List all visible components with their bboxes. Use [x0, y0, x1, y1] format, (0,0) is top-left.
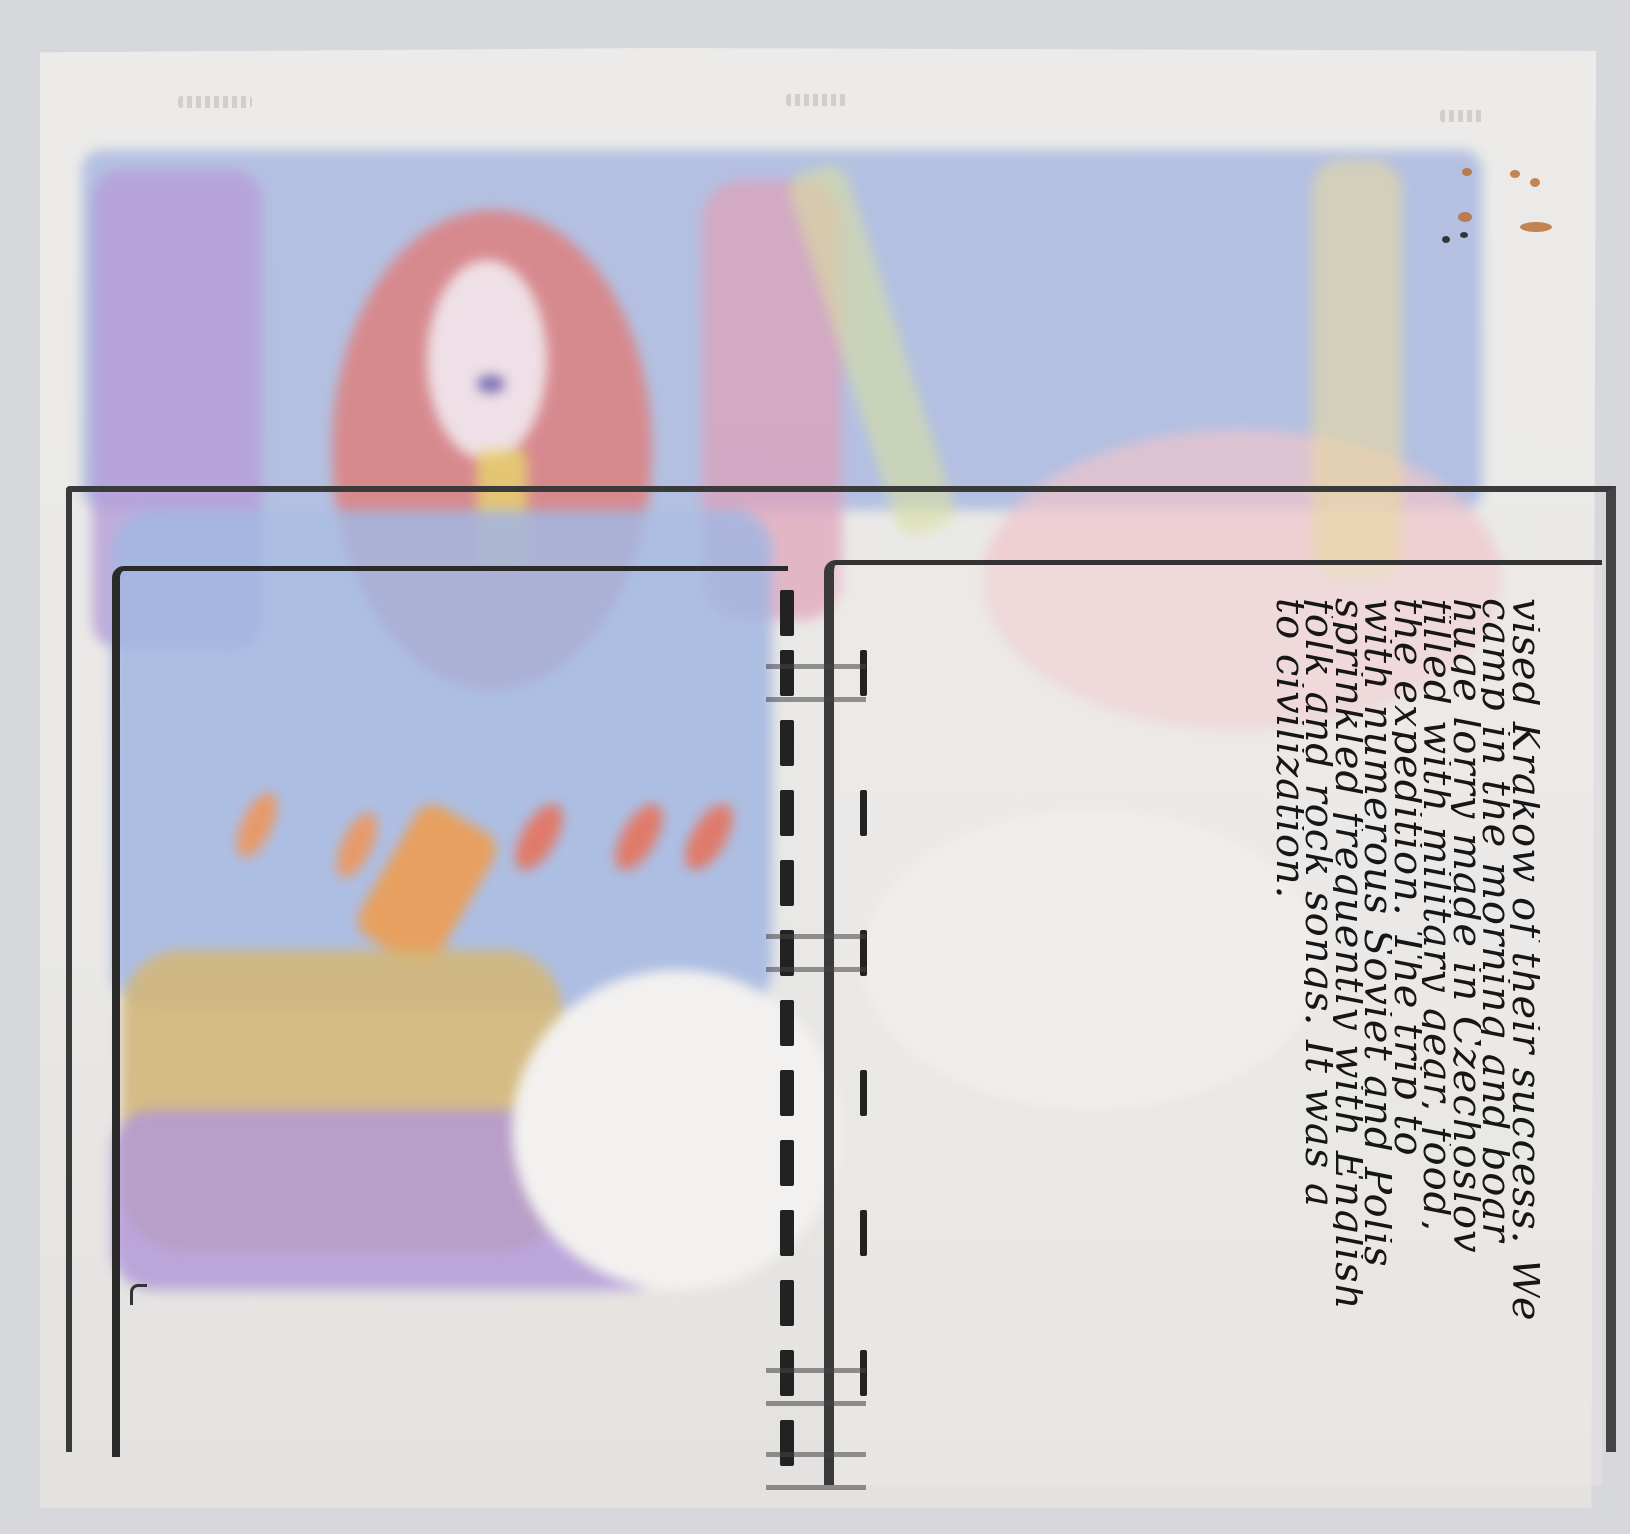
notebook-left-page [112, 566, 788, 1457]
spiral-loop [766, 664, 866, 702]
embossed-mark-right [1440, 110, 1484, 122]
spiral-coil [780, 1000, 794, 1046]
mouth [477, 375, 505, 393]
ink-dot [1460, 232, 1468, 238]
handwritten-text: vised Krakow of their success. We camp i… [1275, 598, 1541, 1478]
handwriting-line: camp in the morning and boar [1481, 598, 1511, 1478]
handwriting-line: filled with military gear, food, [1422, 598, 1452, 1478]
embossed-mark-left [178, 96, 252, 108]
spiral-coil [780, 1140, 794, 1186]
spiral-coil [780, 1280, 794, 1326]
page-corner-mark [130, 1284, 147, 1305]
rust-stain [1462, 168, 1472, 176]
spiral-coil [780, 590, 794, 636]
ink-dot [1442, 236, 1450, 243]
handwriting-line: with numerous Soviet and Polis [1363, 598, 1393, 1478]
rust-stain [1530, 178, 1540, 187]
embossed-mark-center [786, 94, 846, 106]
spiral-coil [860, 1070, 867, 1116]
spiral-coil [780, 1070, 794, 1116]
handwriting-line: sprinkled frequently with English [1334, 598, 1364, 1478]
rust-stain [1520, 222, 1552, 232]
spiral-coil [780, 1210, 794, 1256]
rust-stain [1510, 170, 1520, 178]
spiral-coil [860, 1210, 867, 1256]
handwriting-line: vised Krakow of their success. We [1511, 598, 1541, 1478]
spiral-coil [780, 860, 794, 906]
spiral-loop [766, 1368, 866, 1406]
spiral-coil [860, 790, 867, 836]
spiral-binding-right [860, 590, 878, 1490]
spiral-coil [780, 790, 794, 836]
handwriting-line: to civilization. [1275, 598, 1305, 1478]
spiral-coil [780, 720, 794, 766]
handwriting-line: huge lorry made in Czechoslov [1452, 598, 1482, 1478]
rust-stain [1458, 212, 1472, 222]
spiral-binding-left [780, 590, 798, 1490]
spiral-loop [766, 934, 866, 972]
handwriting-line: folk and rock songs. It was a [1304, 598, 1334, 1478]
handwriting-line: the expedition. The trip to [1393, 598, 1423, 1478]
face [427, 260, 547, 460]
spiral-loop [766, 1452, 866, 1490]
